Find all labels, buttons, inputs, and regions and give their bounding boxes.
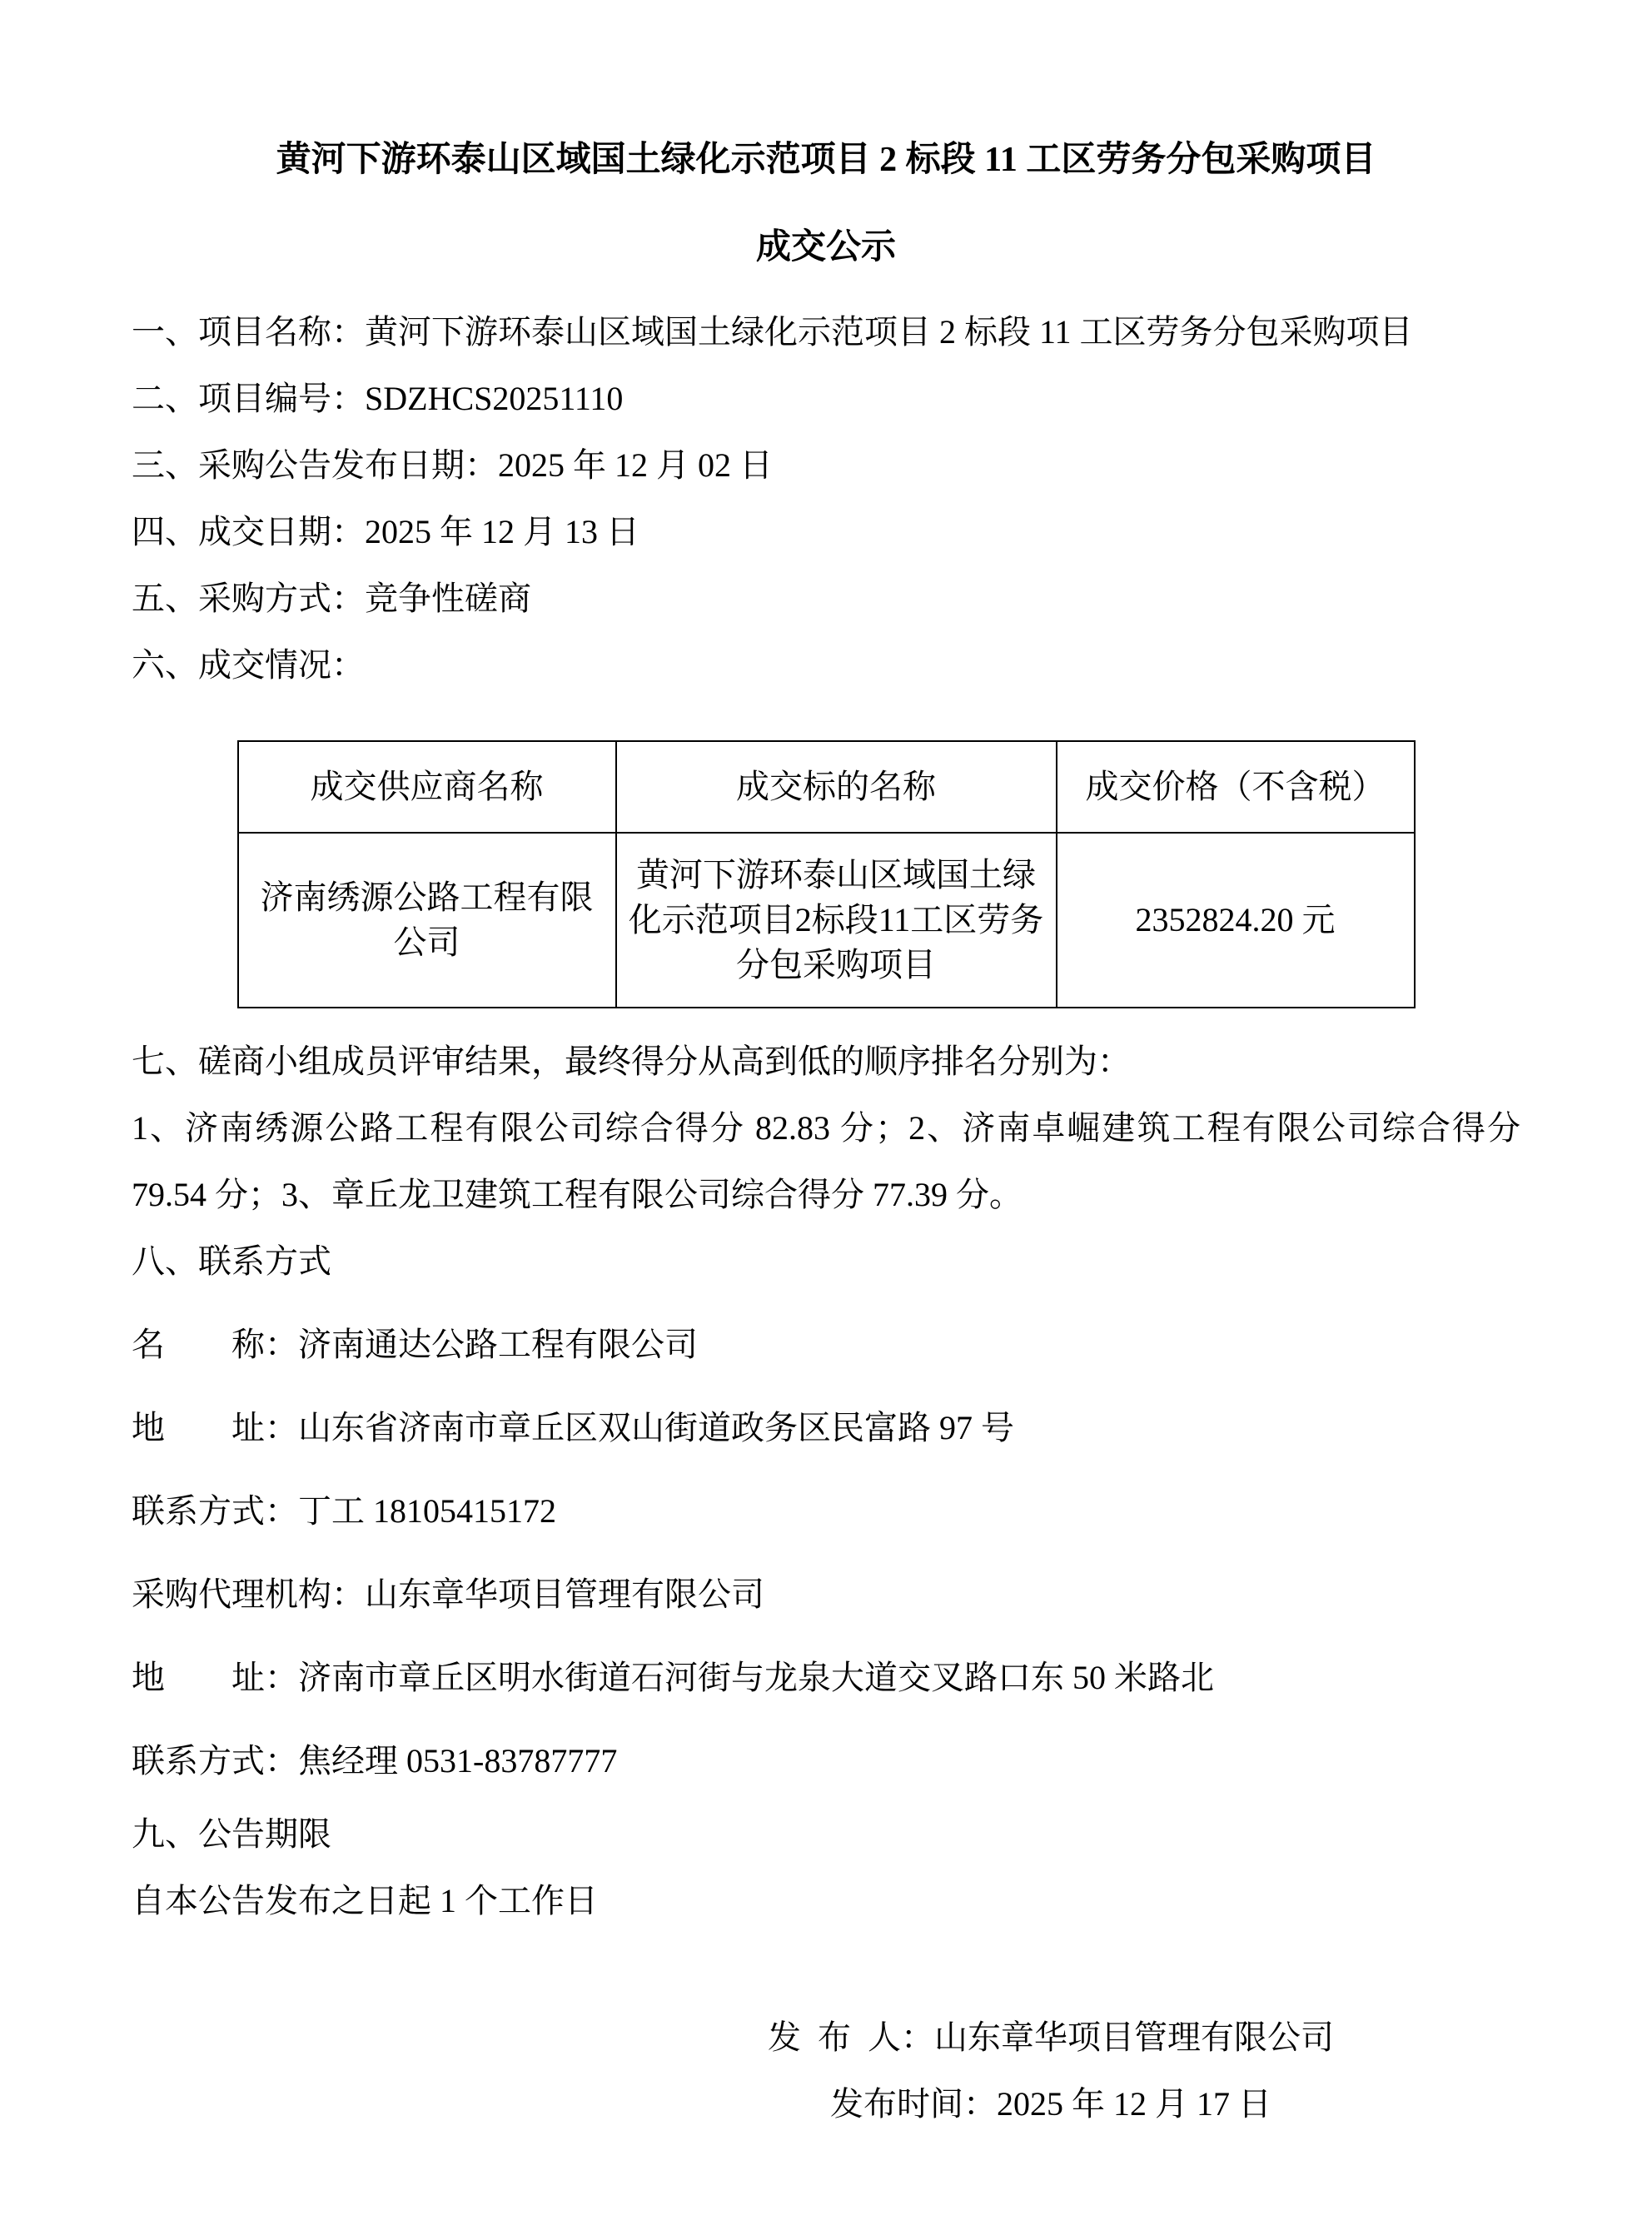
table-header-supplier-name: 成交供应商名称 (238, 741, 616, 833)
paragraph-review-heading: 七、磋商小组成员评审结果，最终得分从高到低的顺序排名分别为： (132, 1028, 1520, 1095)
paragraph-deal-info-heading: 六、成交情况： (132, 632, 1520, 699)
deal-result-table: 成交供应商名称 成交标的名称 成交价格（不含税） 济南绣源公路工程有限公司 黄河… (237, 740, 1416, 1008)
publish-time-line: 发布时间：2025 年 12 月 17 日 (768, 2071, 1334, 2138)
document-page: 黄河下游环泰山区域国土绿化示范项目 2 标段 11 工区劳务分包采购项目 成交公… (0, 0, 1652, 2230)
contact-name-line: 名 称：济南通达公路工程有限公司 (132, 1312, 1520, 1378)
publisher-block: 发 布 人：山东章华项目管理有限公司 发布时间：2025 年 12 月 17 日 (768, 2004, 1334, 2138)
table-header-price: 成交价格（不含税） (1057, 741, 1415, 833)
agency-name-line: 采购代理机构：山东章华项目管理有限公司 (132, 1561, 1520, 1628)
document-subtitle: 成交公示 (132, 226, 1520, 270)
paragraph-period-heading: 九、公告期限 (132, 1801, 1520, 1868)
paragraph-project-name: 一、项目名称：黄河下游环泰山区域国土绿化示范项目 2 标段 11 工区劳务分包采… (132, 299, 1520, 366)
document-title: 黄河下游环泰山区域国土绿化示范项目 2 标段 11 工区劳务分包采购项目 (132, 138, 1520, 182)
paragraph-procurement-method: 五、采购方式：竞争性磋商 (132, 565, 1520, 632)
paragraph-contact-heading: 八、联系方式 (132, 1228, 1520, 1295)
agency-phone-line: 联系方式：焦经理 0531-83787777 (132, 1728, 1520, 1794)
table-cell-price: 2352824.20 元 (1057, 833, 1415, 1008)
table-cell-subject-name: 黄河下游环泰山区域国土绿化示范项目2标段11工区劳务分包采购项目 (616, 833, 1057, 1008)
publisher-line: 发 布 人：山东章华项目管理有限公司 (768, 2004, 1334, 2071)
table-header-row: 成交供应商名称 成交标的名称 成交价格（不含税） (238, 741, 1415, 833)
contact-phone-line: 联系方式：丁工 18105415172 (132, 1478, 1520, 1545)
paragraph-deal-date: 四、成交日期：2025 年 12 月 13 日 (132, 499, 1520, 565)
table-row: 济南绣源公路工程有限公司 黄河下游环泰山区域国土绿化示范项目2标段11工区劳务分… (238, 833, 1415, 1008)
paragraph-period-detail: 自本公告发布之日起 1 个工作日 (132, 1868, 1520, 1934)
paragraph-project-number: 二、项目编号：SDZHCS20251110 (132, 366, 1520, 432)
table-cell-supplier-name: 济南绣源公路工程有限公司 (238, 833, 616, 1008)
paragraph-announce-date: 三、采购公告发布日期：2025 年 12 月 02 日 (132, 432, 1520, 499)
agency-address-line: 地 址：济南市章丘区明水街道石河街与龙泉大道交叉路口东 50 米路北 (132, 1645, 1520, 1711)
table-header-subject-name: 成交标的名称 (616, 741, 1057, 833)
paragraph-review-detail: 1、济南绣源公路工程有限公司综合得分 82.83 分；2、济南卓崛建筑工程有限公… (132, 1095, 1520, 1228)
contact-address-line: 地 址：山东省济南市章丘区双山街道政务区民富路 97 号 (132, 1395, 1520, 1461)
